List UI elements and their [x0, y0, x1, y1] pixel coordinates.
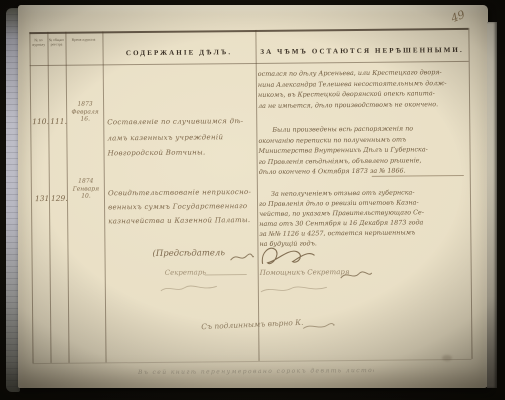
certified-copy-note: Съ подлиннымъ вѣрно К.: [201, 318, 304, 332]
signature-dash: [205, 274, 247, 275]
entry-2-content-line: венныхъ суммъ Государственнаго: [108, 202, 256, 217]
photo-of-archival-ledger: 49 № по журналу № общаго реестра Время ж…: [0, 0, 505, 400]
paragraph-line: ла не имѣется, дѣло производствомъ не ок…: [258, 99, 468, 112]
chairman-signature-label: (Предсѣдатель: [152, 248, 225, 259]
assistant-secretary-label: Помощникъ Секретаря: [260, 268, 350, 277]
entry-2-date-day: 10.: [68, 193, 104, 201]
entry-1-register-number: 111.: [50, 117, 67, 126]
entry-2-date-month: Генваря: [68, 185, 104, 193]
entry-1-journal-number: 110.: [32, 117, 49, 126]
faint-signature-scribble-icon: [159, 282, 219, 295]
entry-1-content-line: ламъ казенныхъ учрежденій: [107, 132, 255, 149]
header-no-register: № общаго реестра: [47, 38, 67, 47]
table-header-separator: [30, 61, 469, 66]
table-border-top: [29, 28, 468, 34]
header-date: Время журнала: [70, 37, 97, 42]
table-border-left: [29, 32, 33, 363]
faint-signature-scribble-icon: [259, 283, 329, 296]
entry-2-journal-number: 131: [35, 194, 49, 203]
table-border-right: [468, 28, 472, 359]
entry-1-date-month: Февраля: [67, 108, 103, 116]
signature-flourish-icon: [339, 267, 373, 283]
official-signature-flourish-icon: [258, 241, 316, 272]
entry-2-content: Освидѣтельствованіе неприкосно- венныхъ …: [108, 188, 256, 231]
secretary-signature-label: Секретарь: [165, 268, 206, 276]
entry-2-register-number: 129.: [51, 194, 68, 203]
entry-1-date: 1873 Февраля 16.: [67, 100, 103, 123]
entry-2-content-line: Освидѣтельствованіе неприкосно-: [108, 188, 256, 203]
resolution-paragraph-continued: остался по дѣлу Арсеньева, или Крестецка…: [258, 68, 468, 112]
scanned-table-area: № по журналу № общаго реестра Время журн…: [0, 0, 505, 400]
signature-flourish-icon: [228, 250, 254, 264]
paragraph-line: дѣло окончено 4 Октября 1873 за № 1866.: [259, 166, 469, 179]
header-no-journal: № по журналу: [29, 38, 47, 47]
header-why-unresolved: ЗА ЧѢМЪ ОСТАЮТСЯ НЕРѢШЕННЫМИ.: [258, 46, 467, 56]
entry-1-date-day: 16.: [67, 116, 103, 124]
entry-1-content-line: Составленіе по случившимся дѣ-: [107, 117, 255, 134]
entry-2-date: 1874 Генваря 10.: [68, 177, 104, 200]
table-border-bottom: [33, 359, 472, 364]
entry-1-content-line: Новгородской Вотчины.: [108, 148, 256, 165]
ink-smudge: [442, 355, 452, 361]
entry-2-content-line: казначейства и Казенной Палаты.: [108, 216, 256, 231]
flourish-icon: [301, 319, 335, 333]
resolution-paragraph-entry-2: За неполученіемъ отзыва отъ губернска- г…: [259, 188, 470, 250]
header-contents-of-cases: СОДЕРЖАНІЕ ДѢЛЪ.: [105, 48, 254, 57]
entry-1-content: Составленіе по случившимся дѣ- ламъ казе…: [107, 117, 255, 165]
resolution-paragraph-entry-1: Были произведены всѣ распоряженія по око…: [258, 124, 468, 179]
